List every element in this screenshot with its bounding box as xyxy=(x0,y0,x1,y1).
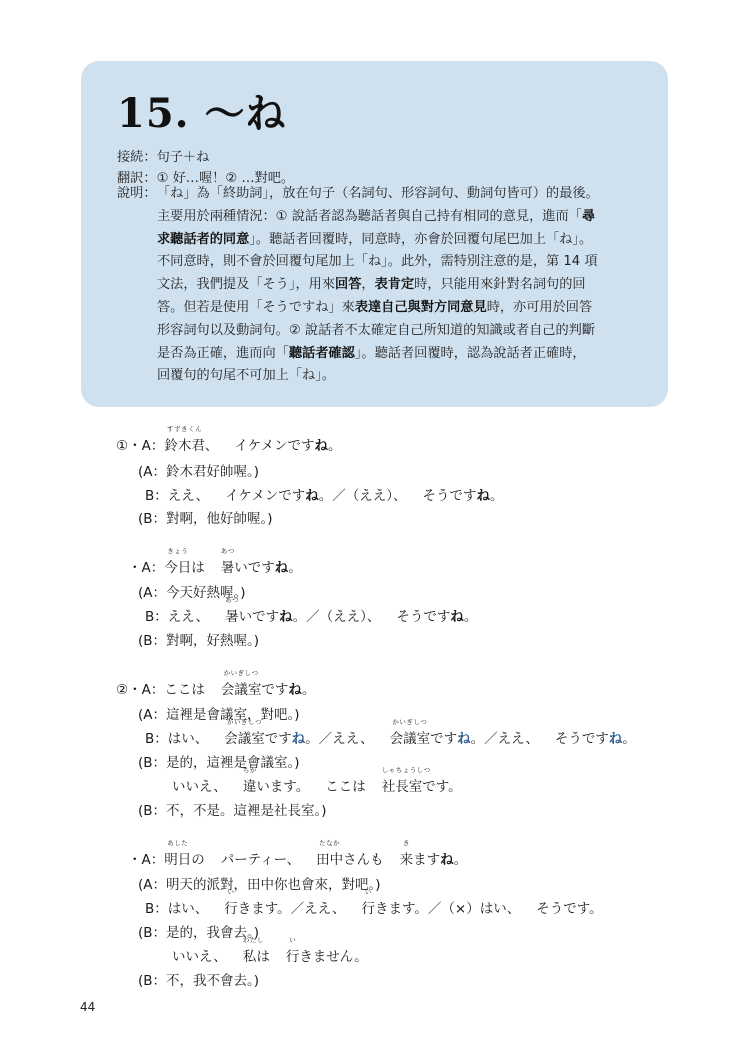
example-4-c: いいえ、わたし私はい行きません。 xyxy=(172,945,368,965)
example-1-a-translation: (A：鈴木君好帥喔。) xyxy=(138,460,259,480)
example-3-a: ②・A：ここはかいぎしつ会議室ですね。 xyxy=(116,678,315,698)
explanation-line: 答。但若是使用「そうですね」來表達自己與對方同意見時，亦可用於回答 xyxy=(157,297,667,320)
connection-value: 句子＋ね xyxy=(157,150,210,165)
example-3-b-translation: (B：是的，這裡是會議室。) xyxy=(138,751,300,771)
explanation-line: 回覆句的句尾不可加上「ね」。 xyxy=(157,365,667,388)
explanation-line: 主要用於兩種情況：① 說話者認為聽話者與自己持有相同的意見，進而「尋 xyxy=(157,206,667,229)
connection-row: 接続：句子＋ね xyxy=(117,147,209,170)
explanation-line: 不同意時，則不會於回覆句尾加上「ね」。此外，需特別注意的是，第 14 項 xyxy=(157,251,667,274)
example-4-a-translation: (A：明天的派對，田中你也會來，對吧。) xyxy=(138,873,381,893)
example-3-c: いいえ、ちが違います。ここはしゃちょうしつ社長室です。 xyxy=(172,775,462,795)
furigana-word: すずきくん鈴木君 xyxy=(164,434,205,454)
example-1-b: B：ええ、イケメンですね。／（ええ）、そうですね。 xyxy=(145,484,504,504)
example-2-a: ・A：きょう今日はあつ暑いですね。 xyxy=(128,556,302,576)
example-3-c-translation: (B：不，不是。這裡是社長室。) xyxy=(138,799,327,819)
example-2-b: B：ええ、あつ暑いですね。／（ええ）、そうですね。 xyxy=(145,605,477,625)
explanation-label: 說明： xyxy=(117,183,157,206)
example-1-b-translation: (B：對啊，他好帥喔。) xyxy=(138,507,273,527)
example-4-b: B：はい、い行きます。／ええ、い行きます。／（×）はい、そうです。 xyxy=(145,897,603,917)
example-3-a-translation: (A：這裡是會議室，對吧。) xyxy=(138,703,300,723)
explanation-line: 求聽話者的同意」。聽話者回覆時，同意時，亦會於回覆句尾巴加上「ね」。 xyxy=(157,229,667,252)
example-4-c-translation: (B：不，我不會去。) xyxy=(138,969,259,989)
explanation-line: 是否為正確，進而向「聽話者確認」。聽話者回覆時，認為說話者正確時， xyxy=(157,343,667,366)
page-number: 44 xyxy=(80,1000,95,1014)
example-4-b-translation: (B：是的，我會去。) xyxy=(138,921,259,941)
grammar-title: 15. ～ね xyxy=(117,82,287,139)
example-3-b: B：はい、かいぎしつ会議室ですね。／ええ、かいぎしつ会議室ですね。／ええ、そうで… xyxy=(145,727,636,747)
example-2-b-translation: (B：對啊，好熱喔。) xyxy=(138,629,259,649)
example-4-a: ・A：あした明日のパーティー、たなか田中さんもき来ますね。 xyxy=(128,848,467,868)
explanation-line: 「ね」為「終助詞」，放在句子（名詞句、形容詞句、動詞句皆可）的最後。 xyxy=(157,183,667,206)
example-1-a: ①・A：すずきくん鈴木君、イケメンですね。 xyxy=(116,434,342,454)
explanation-line: 形容詞句以及動詞句。② 說話者不太確定自己所知道的知識或者自己的判斷 xyxy=(157,320,667,343)
explanation-body: 「ね」為「終助詞」，放在句子（名詞句、形容詞句、動詞句皆可）的最後。 主要用於兩… xyxy=(157,183,667,388)
explanation-line: 文法，我們提及「そう」，用來回答，表肯定時，只能用來針對名詞句的回 xyxy=(157,274,667,297)
connection-label: 接続： xyxy=(117,150,157,165)
